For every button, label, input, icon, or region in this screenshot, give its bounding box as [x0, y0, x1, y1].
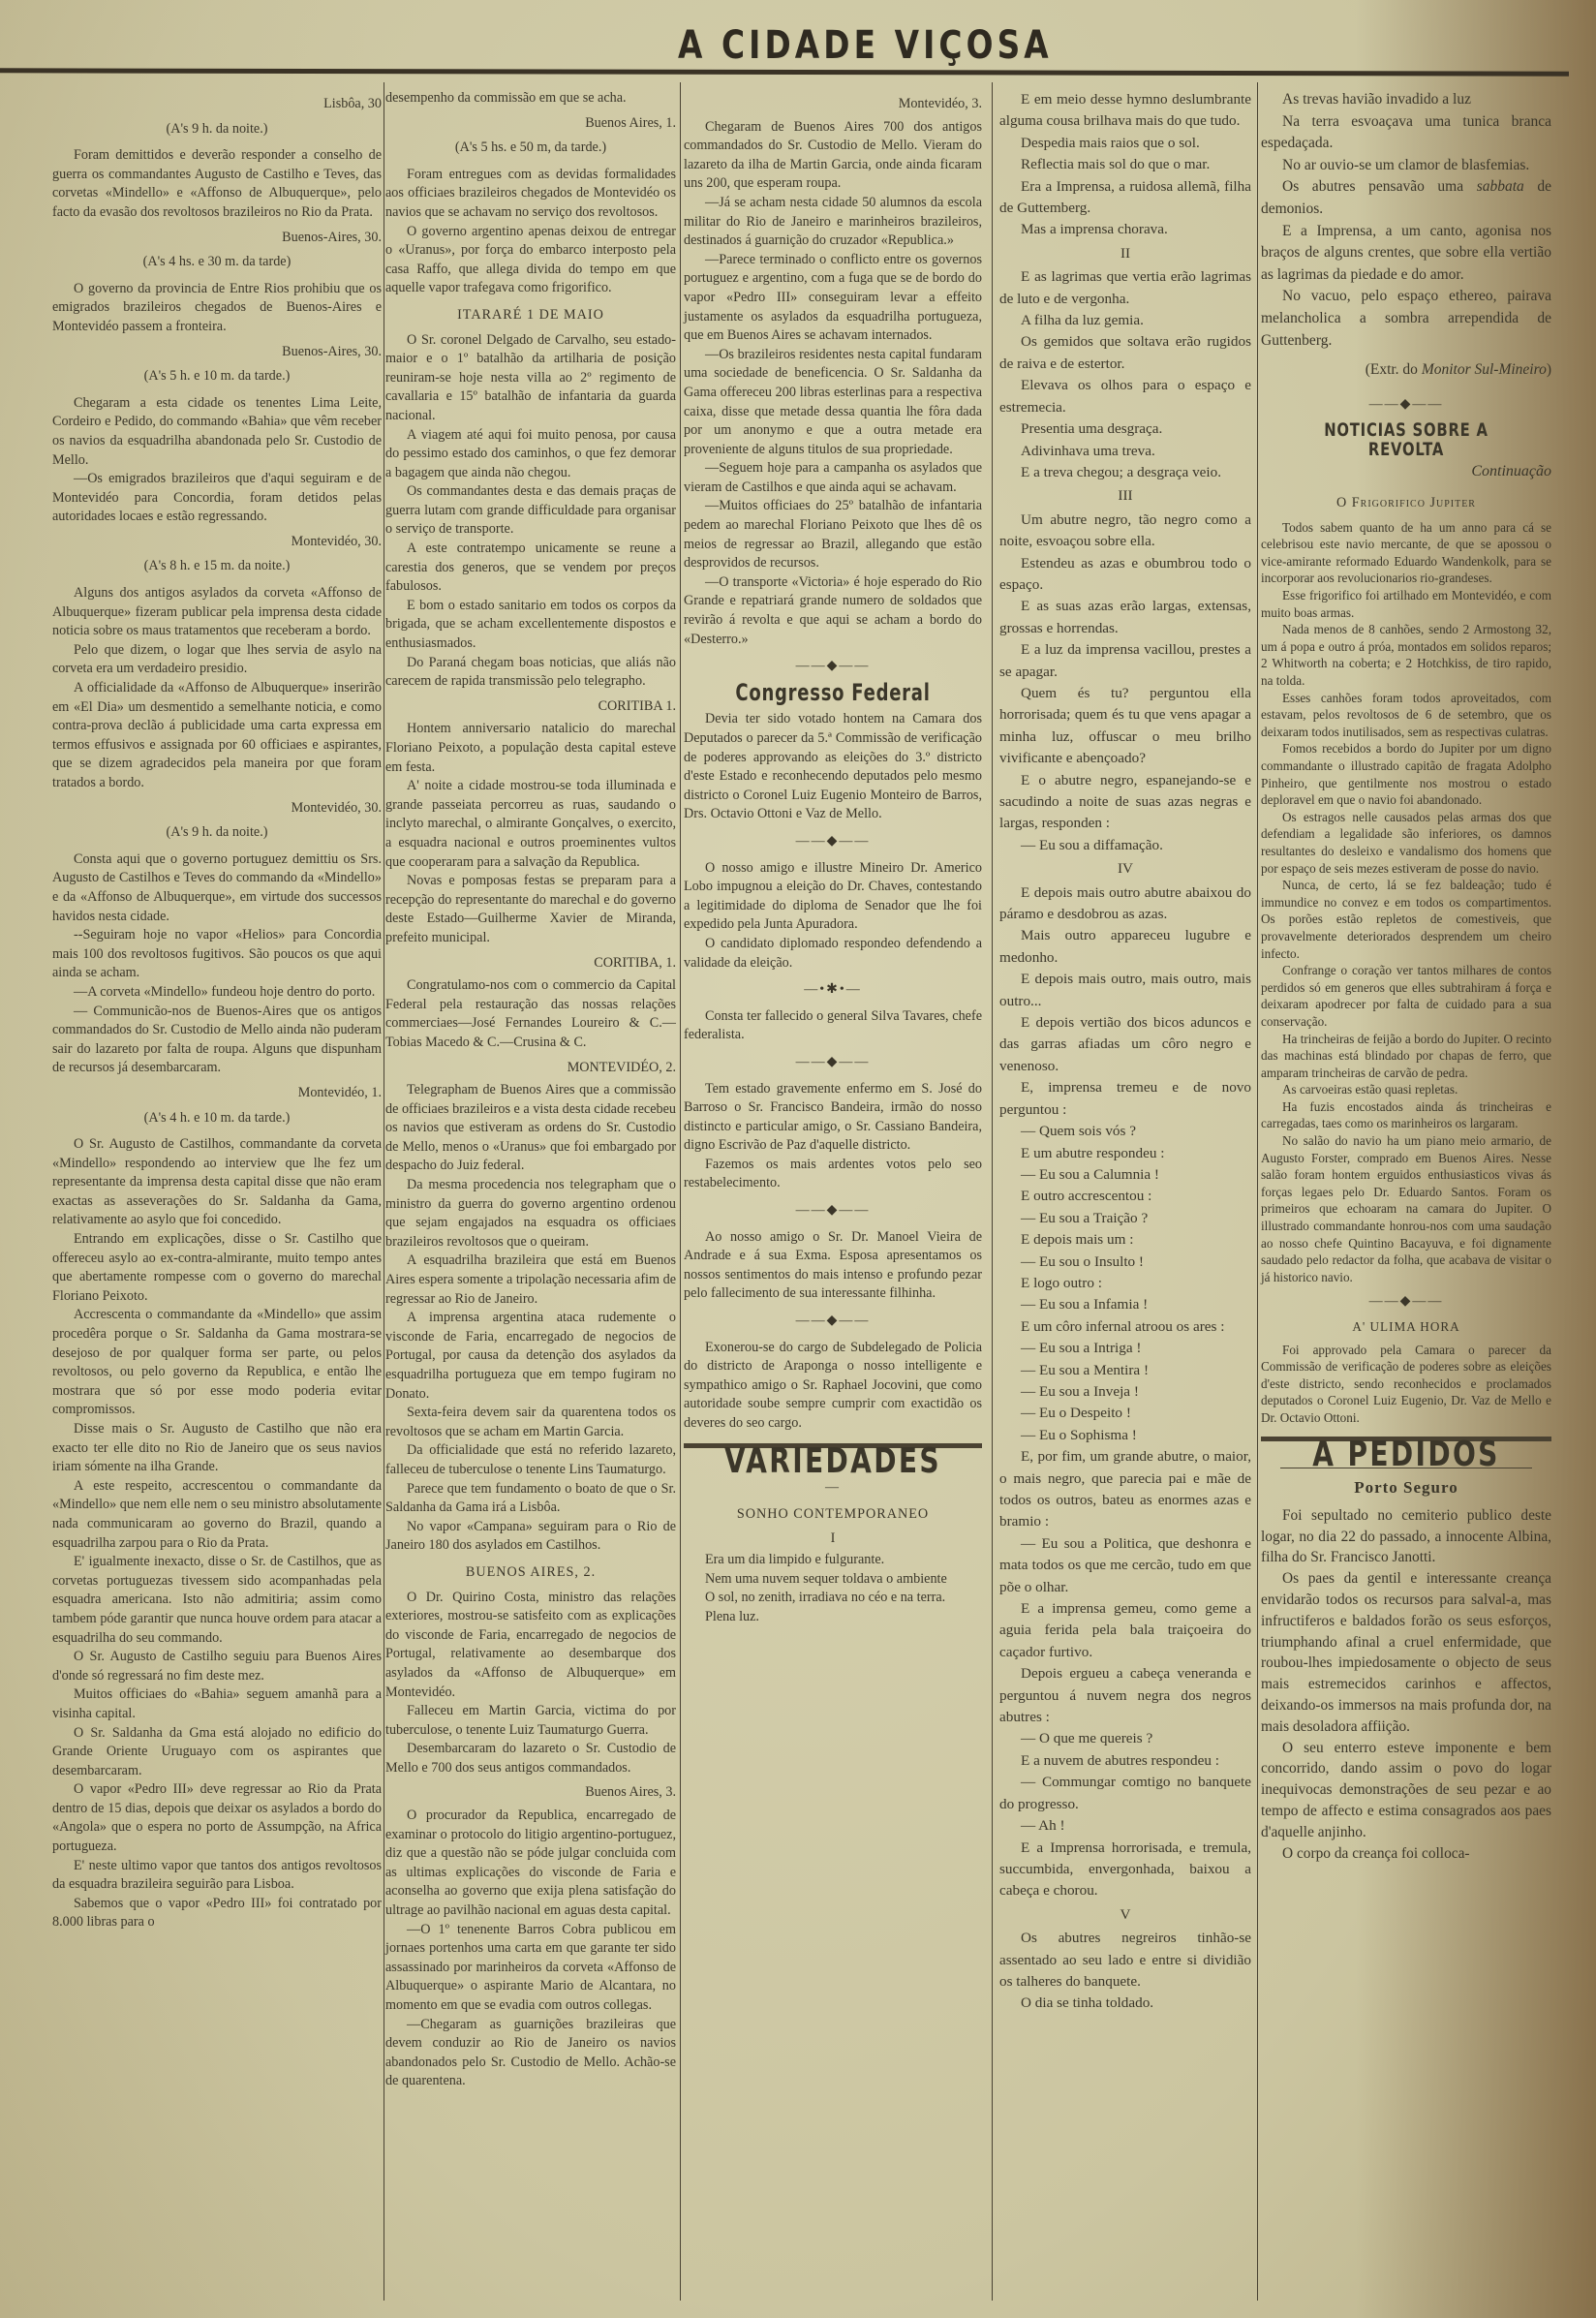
paragraph: Na terra esvoaçava uma tunica branca esp… — [1261, 111, 1551, 155]
timestamp: (A's 5 hs. e 50 m, da tarde.) — [385, 139, 676, 158]
paragraph: —Muitos officiaes do 25º batalhão de inf… — [684, 497, 982, 572]
text-run: (Extr. do — [1366, 361, 1422, 378]
paragraph: Ha fuzis encostados ainda ás trincheiras… — [1261, 1098, 1551, 1132]
paragraph: E em meio desse hymno deslumbrante algum… — [999, 89, 1251, 133]
paragraph: Accrescenta o commandante da «Mindello» … — [52, 1306, 382, 1420]
paragraph: Os commandantes desta e das demais praça… — [385, 482, 676, 540]
paragraph: Os paes da gentil e interessante creança… — [1261, 1568, 1551, 1737]
masthead-rule — [0, 68, 1569, 76]
paragraph: Presentia uma desgraça. — [999, 418, 1251, 440]
ornament-divider: —•✱•— — [684, 980, 982, 1000]
ornament-divider: ——◆—— — [684, 1053, 982, 1072]
paragraph: — Eu sou a Intriga ! — [999, 1338, 1251, 1359]
subheading: A' ULIMA HORA — [1261, 1318, 1551, 1336]
paragraph: Devia ter sido votado hontem na Camara d… — [684, 710, 982, 824]
timestamp: (A's 5 h. e 10 m. da tarde.) — [52, 367, 382, 386]
paragraph: — Eu sou a Politica, que deshonra e mata… — [999, 1533, 1251, 1598]
paragraph: E, imprensa tremeu e de novo perguntou : — [999, 1077, 1251, 1121]
paragraph: Os abutres negreiros tinhão-se assentado… — [999, 1928, 1251, 1993]
paragraph: E logo outro : — [999, 1273, 1251, 1294]
subheading: O Frigorifico Jupiter — [1261, 494, 1551, 513]
paragraph: No salão do navio ha um piano meio armar… — [1261, 1132, 1551, 1285]
paragraph: E a luz da imprensa vacillou, prestes a … — [999, 639, 1251, 683]
dateline: Buenos-Aires, 30. — [52, 229, 382, 248]
paragraph: Quem és tu? perguntou ella horrorisada; … — [999, 683, 1251, 770]
paragraph: Ao nosso amigo o Sr. Dr. Manoel Vieira d… — [684, 1228, 982, 1304]
paragraph: A esquadrilha brazileira que está em Bue… — [385, 1252, 676, 1309]
paragraph: —Parece terminado o conflicto entre os g… — [684, 251, 982, 346]
paragraph: Plena luz. — [684, 1608, 982, 1627]
paragraph: Depois ergueu a cabeça veneranda e pergu… — [999, 1663, 1251, 1728]
section-heading-variedades: VARIEDADES — [717, 1452, 949, 1471]
paragraph: — Eu sou o Insulto ! — [999, 1252, 1251, 1273]
paragraph: Da mesma procedencia nos telegrapham que… — [385, 1176, 676, 1252]
subheading: Porto Seguro — [1261, 1478, 1551, 1498]
timestamp: (A's 4 h. e 10 m. da tarde.) — [52, 1109, 382, 1128]
masthead: A CIDADE VIÇOSA — [0, 0, 1596, 79]
paragraph: A filha da luz gemia. — [999, 310, 1251, 331]
paragraph: E depois vertião dos bicos aduncos e das… — [999, 1012, 1251, 1077]
paragraph: Fomos recebidos a bordo do Jupiter por u… — [1261, 740, 1551, 808]
paragraph: Ha trincheiras de feijão a bordo do Jupi… — [1261, 1031, 1551, 1082]
paragraph: Foi sepultado no cemiterio publico deste… — [1261, 1505, 1551, 1568]
column-divider — [992, 82, 993, 2301]
paragraph: Um abutre negro, tão negro como a noite,… — [999, 510, 1251, 553]
paragraph: — Eu sou a Infamia ! — [999, 1294, 1251, 1315]
column-divider — [384, 82, 384, 2301]
paragraph: Parece que tem fundamento o boato de que… — [385, 1480, 676, 1518]
paragraph: — Communicão-nos de Buenos-Aires que os … — [52, 1003, 382, 1078]
paragraph: Esses canhões foram todos aproveitados, … — [1261, 690, 1551, 741]
paragraph: Foram demittidos e deverão responder a c… — [52, 146, 382, 222]
dateline: CORITIBA 1. — [385, 697, 676, 717]
newspaper-title: A CIDADE VIÇOSA — [678, 23, 1053, 68]
paragraph: Desembarcaram do lazareto o Sr. Custodio… — [385, 1740, 676, 1777]
paragraph: Consta ter fallecido o general Silva Tav… — [684, 1007, 982, 1045]
paragraph: E' igualmente inexacto, disse o Sr. de C… — [52, 1553, 382, 1648]
paragraph: Fazemos os mais ardentes votos pelo seo … — [684, 1156, 982, 1193]
paragraph: Muitos officiaes do «Bahia» seguem amanh… — [52, 1685, 382, 1723]
ornament-divider: ——◆—— — [1261, 1293, 1551, 1311]
paragraph: Nem uma nuvem sequer toldava o ambiente — [684, 1570, 982, 1590]
paragraph: Os abutres pensavão uma sabbata de demon… — [1261, 176, 1551, 220]
chapter-number: IV — [999, 858, 1251, 880]
ornament-divider: ——◆—— — [684, 657, 982, 676]
chapter-number: II — [999, 243, 1251, 264]
ornament-divider: ——◆—— — [684, 832, 982, 851]
timestamp: (A's 9 h. da noite.) — [52, 823, 382, 843]
column-5: As trevas havião invadido a luz Na terra… — [1261, 89, 1551, 1864]
paragraph: Nada menos de 8 canhões, sendo 2 Armosto… — [1261, 621, 1551, 689]
paragraph: E' neste ultimo vapor que tantos dos ant… — [52, 1857, 382, 1895]
dateline: CORITIBA, 1. — [385, 954, 676, 974]
paragraph: Elevava os olhos para o espaço e estreme… — [999, 375, 1251, 418]
paragraph: Entrando em explicações, disse o Sr. Cas… — [52, 1230, 382, 1306]
paragraph: Todos sabem quanto de ha um anno para cá… — [1261, 519, 1551, 587]
dateline: Buenos Aires, 1. — [385, 114, 676, 134]
paragraph: —Os emigrados brazileiros que d'aqui seg… — [52, 470, 382, 527]
paragraph: Hontem anniversario natalicio do marecha… — [385, 720, 676, 777]
paragraph: E as suas azas erão largas, extensas, gr… — [999, 596, 1251, 639]
paragraph: --Seguiram hoje no vapor «Helios» para C… — [52, 926, 382, 983]
paragraph: A viagem até aqui foi muito penosa, por … — [385, 426, 676, 483]
paragraph: Esse frigorifico foi artilhado em Montev… — [1261, 587, 1551, 621]
paragraph: — Eu sou a diffamação. — [999, 835, 1251, 856]
paragraph: Alguns dos antigos asylados da corveta «… — [52, 584, 382, 641]
column-3: Montevidéo, 3. Chegaram de Buenos Aires … — [684, 89, 982, 1626]
text-run: Os abutres pensavão uma — [1282, 178, 1477, 195]
paragraph: — Eu sou a Traição ? — [999, 1208, 1251, 1229]
paragraph: Foi approvado pela Camara o parecer da C… — [1261, 1342, 1551, 1427]
timestamp: (A's 8 h. e 15 m. da noite.) — [52, 557, 382, 576]
paragraph: Confrange o coração ver tantos milhares … — [1261, 962, 1551, 1030]
paragraph: —A corveta «Mindello» fundeou hoje dentr… — [52, 983, 382, 1003]
source-name: Monitor Sul-Mineiro — [1422, 361, 1547, 378]
paragraph: — Eu o Sophisma ! — [999, 1425, 1251, 1446]
paragraph: O nosso amigo e illustre Mineiro Dr. Ame… — [684, 859, 982, 935]
dateline: Buenos-Aires, 30. — [52, 343, 382, 362]
paragraph: —Seguem hoje para a campanha os asylados… — [684, 459, 982, 497]
paragraph: No vapor «Campana» seguiram para o Rio d… — [385, 1518, 676, 1556]
paragraph: O candidato diplomado respondeo defenden… — [684, 935, 982, 973]
paragraph: Despedia mais raios que o sol. — [999, 133, 1251, 154]
paragraph: O Dr. Quirino Costa, ministro das relaçõ… — [385, 1589, 676, 1703]
paragraph: Mais outro appareceu lugubre e medonho. — [999, 925, 1251, 969]
paragraph: Adivinhava uma treva. — [999, 441, 1251, 462]
dateline: BUENOS AIRES, 2. — [385, 1563, 676, 1583]
paragraph: A este contratempo unicamente se reune a… — [385, 540, 676, 597]
dateline: Montevidéo, 1. — [52, 1084, 382, 1103]
paragraph: E depois mais outro, mais outro, mais ou… — [999, 969, 1251, 1012]
paragraph: E um côro infernal atroou os ares : — [999, 1316, 1251, 1338]
timestamp: (A's 4 hs. e 30 m. da tarde) — [52, 253, 382, 272]
paragraph: — Quem sois vós ? — [999, 1121, 1251, 1142]
column-divider — [1257, 82, 1258, 2301]
paragraph: E as lagrimas que vertia erão lagrimas d… — [999, 266, 1251, 310]
ornament-divider: ——◆—— — [684, 1201, 982, 1221]
dateline: Montevidéo, 3. — [684, 95, 982, 114]
paragraph: A imprensa argentina ataca rudemente o v… — [385, 1309, 676, 1404]
paragraph: —O transporte «Victoria» é hoje esperado… — [684, 573, 982, 649]
paragraph: O governo da provincia de Entre Rios pro… — [52, 280, 382, 337]
paragraph: Reflectia mais sol do que o mar. — [999, 154, 1251, 175]
paragraph: Sexta-feira devem sair da quarentena tod… — [385, 1404, 676, 1441]
paragraph: Congratulamo-nos com o commercio da Capi… — [385, 976, 676, 1052]
paragraph: E a Imprensa, a um canto, agonisa nos br… — [1261, 221, 1551, 287]
paragraph: —Chegaram as guarnições brazileiras que … — [385, 2016, 676, 2091]
paragraph: O Sr. Augusto de Castilho seguiu para Bu… — [52, 1648, 382, 1685]
paragraph: — Commungar comtigo no banquete do progr… — [999, 1772, 1251, 1815]
paragraph: O governo argentino apenas deixou de ent… — [385, 223, 676, 298]
paragraph: Chegaram a esta cidade os tenentes Lima … — [52, 394, 382, 470]
column-2: desempenho da commissão em que se acha. … — [385, 89, 676, 2091]
dateline: Montevidéo, 30. — [52, 799, 382, 819]
paragraph: — O que me quereis ? — [999, 1728, 1251, 1749]
section-heading-noticias: NOTICIAS SOBRE A REVOLTA — [1293, 421, 1519, 459]
paragraph: Era um dia limpido e fulgurante. — [684, 1551, 982, 1570]
paragraph: O corpo da creança foi colloca- — [1261, 1843, 1551, 1865]
paragraph: E um abutre respondeu : — [999, 1143, 1251, 1164]
paragraph: Pelo que dizem, o logar que lhes servia … — [52, 641, 382, 679]
column-1: Lisbôa, 30 (A's 9 h. da noite.) Foram de… — [52, 89, 382, 1932]
paragraph: O Sr. Saldanha da Gma está alojado no ed… — [52, 1724, 382, 1781]
continuation-label: Continuação — [1261, 462, 1551, 481]
paragraph: E depois mais outro abutre abaixou do pá… — [999, 882, 1251, 926]
paragraph: No ar ouvio-se um clamor de blasfemias. — [1261, 155, 1551, 177]
paragraph: Os gemidos que soltava erão rugidos de r… — [999, 331, 1251, 375]
paragraph: —Já se acham nesta cidade 50 alumnos da … — [684, 194, 982, 251]
paragraph: Mas a imprensa chorava. — [999, 219, 1251, 240]
paragraph: O seu enterro esteve imponente e bem con… — [1261, 1738, 1551, 1843]
newspaper-page: A CIDADE VIÇOSA Lisbôa, 30 (A's 9 h. da … — [0, 0, 1596, 2318]
text-run: ) — [1547, 361, 1551, 378]
paragraph: O dia se tinha toldado. — [999, 1993, 1251, 2014]
paragraph: Os estragos nelle causados pelas armas d… — [1261, 809, 1551, 877]
timestamp: (A's 9 h. da noite.) — [52, 120, 382, 139]
paragraph: — Eu sou a Calumnia ! — [999, 1164, 1251, 1186]
section-heading-congresso: Congresso Federal — [721, 684, 945, 703]
paragraph: No vacuo, pelo espaço ethereo, pairava m… — [1261, 286, 1551, 352]
paragraph: — Ah ! — [999, 1815, 1251, 1837]
paragraph: — Eu o Despeito ! — [999, 1403, 1251, 1424]
paragraph: E o abutre negro, espanejando-se e sacud… — [999, 770, 1251, 835]
paragraph: As carvoeiras estão quasi repletas. — [1261, 1081, 1551, 1098]
italic-term: sabbata — [1477, 178, 1524, 195]
paragraph: — Eu sou a Mentira ! — [999, 1360, 1251, 1381]
paragraph: E a imprensa gemeu, como geme a aguia fe… — [999, 1598, 1251, 1663]
paragraph: Era a Imprensa, a ruidosa allemã, filha … — [999, 176, 1251, 220]
paragraph: E depois mais um : — [999, 1229, 1251, 1251]
dateline: MONTEVIDÉO, 2. — [385, 1059, 676, 1078]
chapter-number: V — [999, 1904, 1251, 1926]
paragraph: E bom o estado sanitario em todos os cor… — [385, 597, 676, 654]
paragraph: Foram entregues com as devidas formalida… — [385, 166, 676, 223]
chapter-number: I — [684, 1530, 982, 1549]
paragraph: Disse mais o Sr. Augusto de Castilho que… — [52, 1420, 382, 1477]
dateline: ITARARÉ 1 DE MAIO — [385, 306, 676, 325]
paragraph: Da officialidade que está no referido la… — [385, 1441, 676, 1479]
paragraph: —O 1º tenenente Barros Cobra publicou em… — [385, 1921, 676, 2016]
paragraph: Estendeu as azas e obumbrou todo o espaç… — [999, 553, 1251, 597]
paragraph: A officialidade da «Affonso de Albuquerq… — [52, 679, 382, 793]
paragraph: O sol, no zenith, irradiava no céo e na … — [684, 1589, 982, 1608]
story-title: SONHO CONTEMPORANEO — [684, 1505, 982, 1525]
paragraph: E outro accrescentou : — [999, 1186, 1251, 1207]
paragraph: E a Imprensa horrorisada, e tremula, suc… — [999, 1838, 1251, 1902]
paragraph: O Sr. Augusto de Castilhos, commandante … — [52, 1135, 382, 1230]
paragraph: Exonerou-se do cargo de Subdelegado de P… — [684, 1339, 982, 1434]
dateline: Lisbôa, 30 — [52, 95, 382, 114]
paragraph: desempenho da commissão em que se acha. — [385, 89, 676, 108]
paragraph: E a nuvem de abutres respondeu : — [999, 1750, 1251, 1772]
paragraph: A' noite a cidade mostrou-se toda illumi… — [385, 777, 676, 872]
paragraph: Tem estado gravemente enfermo em S. José… — [684, 1080, 982, 1156]
paragraph: O vapor «Pedro III» deve regressar ao Ri… — [52, 1780, 382, 1856]
ornament-divider: ——◆—— — [684, 1312, 982, 1331]
source-credit: (Extr. do Monitor Sul-Mineiro) — [1261, 359, 1551, 382]
dateline: Montevidéo, 30. — [52, 533, 382, 552]
dateline: Buenos Aires, 3. — [385, 1783, 676, 1803]
paragraph: O procurador da Republica, encarregado d… — [385, 1807, 676, 1921]
ornament-divider: ——◆—— — [1261, 395, 1551, 415]
paragraph: O Sr. coronel Delgado de Carvalho, seu e… — [385, 331, 676, 426]
section-heading-a-pedidos: A PEDIDOS — [1293, 1445, 1519, 1465]
paragraph: — Eu sou a Inveja ! — [999, 1381, 1251, 1403]
paragraph: Falleceu em Martin Garcia, victima do po… — [385, 1702, 676, 1740]
paragraph: Consta aqui que o governo portuguez demi… — [52, 850, 382, 926]
column-4: E em meio desse hymno deslumbrante algum… — [999, 89, 1251, 2015]
paragraph: Nunca, de certo, lá se fez baldeação; tu… — [1261, 877, 1551, 962]
chapter-number: III — [999, 485, 1251, 507]
paragraph: Do Paraná chegam boas noticias, que aliá… — [385, 654, 676, 692]
short-rule: — — [684, 1478, 982, 1498]
paragraph: E, por fim, um grande abutre, o maior, o… — [999, 1446, 1251, 1533]
paragraph: As trevas havião invadido a luz — [1261, 89, 1551, 111]
column-divider — [680, 82, 681, 2301]
paragraph: Sabemos que o vapor «Pedro III» foi cont… — [52, 1895, 382, 1932]
paragraph: Chegaram de Buenos Aires 700 dos antigos… — [684, 118, 982, 194]
paragraph: Novas e pomposas festas se preparam para… — [385, 872, 676, 947]
paragraph: A este respeito, accrescentou o commanda… — [52, 1477, 382, 1553]
paragraph: E a treva chegou; a desgraça veio. — [999, 462, 1251, 483]
paragraph: Telegrapham de Buenos Aires que a commis… — [385, 1081, 676, 1176]
paragraph: —Os brazileiros residentes nesta capital… — [684, 346, 982, 460]
